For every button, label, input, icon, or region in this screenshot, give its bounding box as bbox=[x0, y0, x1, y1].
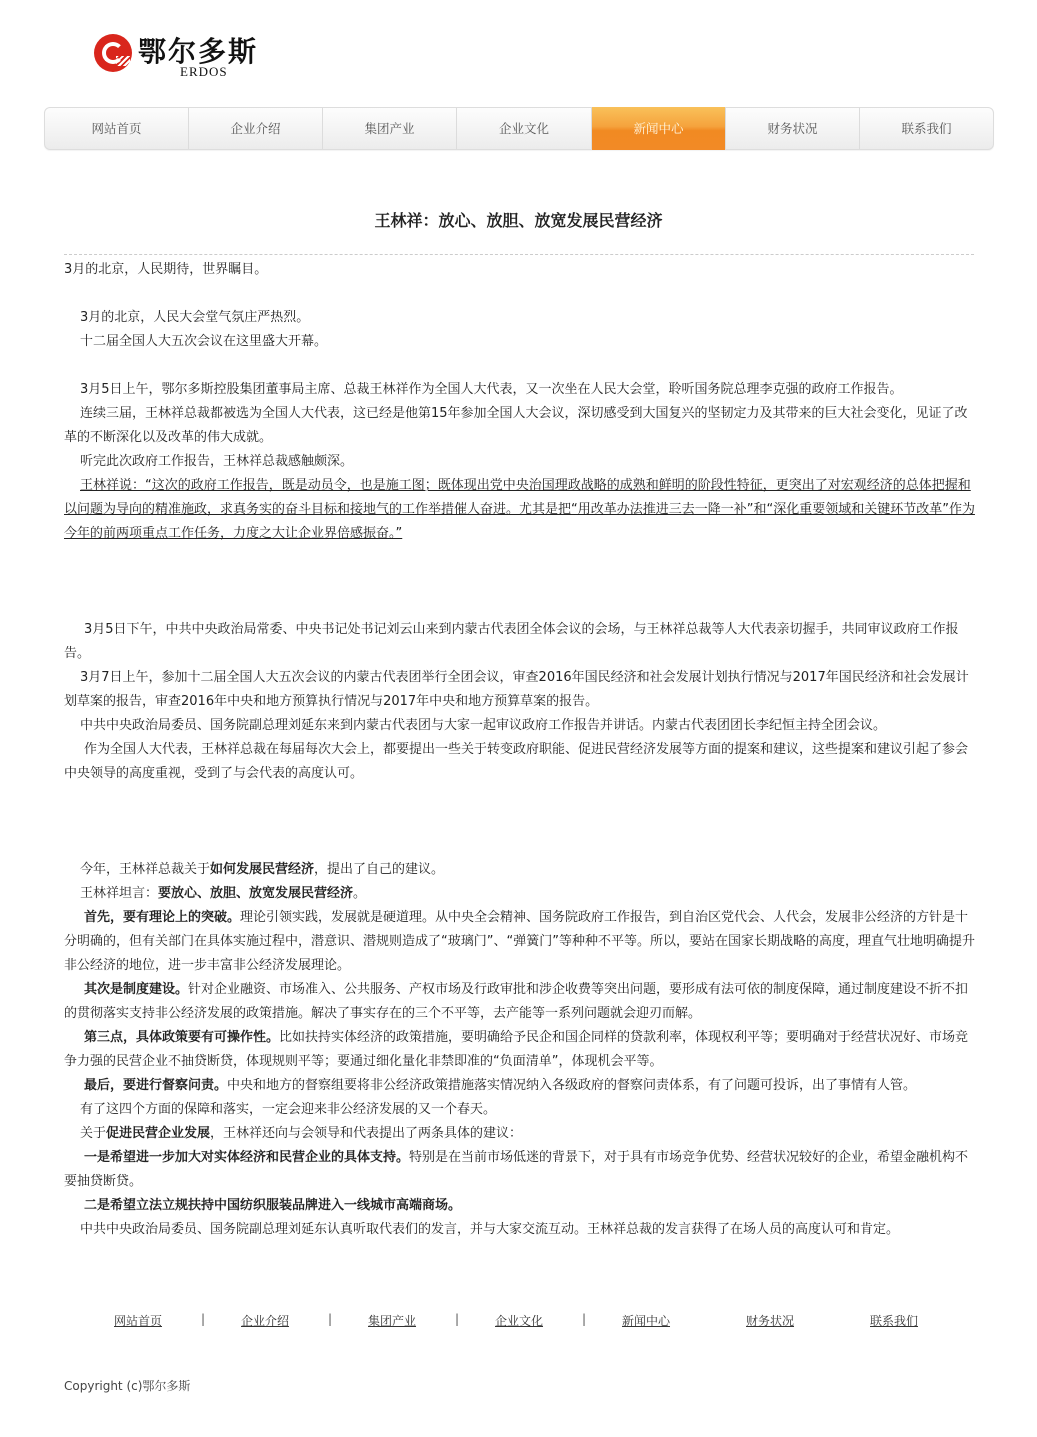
paragraph: 3月7日上午，参加十二届全国人大五次会议的内蒙古代表团举行全团会议，审查2016… bbox=[64, 666, 976, 714]
spacer bbox=[64, 786, 976, 810]
paragraph: 一是希望进一步加大对实体经济和民营企业的具体支持。特别是在当前市场低迷的背景下，… bbox=[64, 1146, 976, 1194]
article-title: 王林祥：放心、放胆、放宽发展民营经济 bbox=[0, 208, 1037, 231]
footer-link-contact-us[interactable]: 联系我们 bbox=[870, 1312, 918, 1329]
footer-separator: | bbox=[328, 1312, 332, 1326]
paragraph: 有了这四个方面的保障和落实，一定会迎来非公经济发展的又一个春天。 bbox=[64, 1098, 976, 1122]
paragraph: 中共中央政治局委员、国务院副总理刘延东来到内蒙古代表团与大家一起审议政府工作报告… bbox=[64, 714, 976, 738]
paragraph: 关于促进民营企业发展，王林祥还向与会领导和代表提出了两条具体的建议： bbox=[64, 1122, 976, 1146]
erdos-logo-icon bbox=[94, 34, 132, 72]
footer-link-group-industry[interactable]: 集团产业 bbox=[368, 1312, 416, 1329]
paragraph: 第三点，具体政策要有可操作性。比如扶持实体经济的政策措施，要明确给予民企和国企同… bbox=[64, 1026, 976, 1074]
copyright-text: Copyright (c)鄂尔多斯 bbox=[64, 1377, 190, 1394]
spacer bbox=[64, 810, 976, 834]
nav-item-contact-us[interactable]: 联系我们 bbox=[860, 108, 993, 149]
paragraph: 王林祥坦言：要放心、放胆、放宽发展民营经济。 bbox=[64, 882, 976, 906]
paragraph: 连续三届，王林祥总裁都被选为全国人大代表，这已经是他第15年参加全国人大会议，深… bbox=[64, 402, 976, 450]
article-body: 3月的北京，人民期待，世界瞩目。 3月的北京，人民大会堂气氛庄严热烈。 十二届全… bbox=[64, 258, 976, 1242]
nav-item-group-industry[interactable]: 集团产业 bbox=[323, 108, 457, 149]
logo-english-name: ERDOS bbox=[180, 64, 228, 80]
paragraph: 其次是制度建设。针对企业融资、市场准入、公共服务、产权市场及行政审批和涉企收费等… bbox=[64, 978, 976, 1026]
paragraph: 3月5日下午，中共中央政治局常委、中央书记处书记刘云山来到内蒙古代表团全体会议的… bbox=[64, 618, 976, 666]
footer-link-home[interactable]: 网站首页 bbox=[114, 1312, 162, 1329]
nav-item-news-center[interactable]: 新闻中心 bbox=[592, 107, 726, 150]
paragraph: 3月的北京，人民期待，世界瞩目。 bbox=[64, 258, 976, 282]
paragraph: 最后，要进行督察问责。中央和地方的督察组要将非公经济政策措施落实情况纳入各级政府… bbox=[64, 1074, 976, 1098]
emphasis: 最后，要进行督察问责。 bbox=[84, 1078, 227, 1093]
nav-item-corporate-culture[interactable]: 企业文化 bbox=[457, 108, 592, 149]
paragraph: 3月5日上午，鄂尔多斯控股集团董事局主席、总裁王林祥作为全国人大代表，又一次坐在… bbox=[64, 378, 976, 402]
footer-nav: 网站首页 | 企业介绍 | 集团产业 | 企业文化 | 新闻中心 财务状况 联系… bbox=[0, 1312, 1037, 1332]
emphasis: 首先，要有理论上的突破。 bbox=[84, 910, 240, 925]
nav-item-financial-status[interactable]: 财务状况 bbox=[726, 108, 860, 149]
spacer bbox=[64, 570, 976, 594]
paragraph: 二是希望立法立规扶持中国纺织服装品牌进入一线城市高端商场。 bbox=[64, 1194, 976, 1218]
emphasis: 二是希望立法立规扶持中国纺织服装品牌进入一线城市高端商场。 bbox=[84, 1198, 461, 1213]
emphasis: 第三点，具体政策要有可操作性。 bbox=[84, 1030, 279, 1045]
emphasis: 其次是制度建设。 bbox=[84, 982, 188, 997]
footer-separator: | bbox=[582, 1312, 586, 1326]
paragraph: 作为全国人大代表，王林祥总裁在每届每次大会上，都要提出一些关于转变政府职能、促进… bbox=[64, 738, 976, 786]
spacer bbox=[64, 282, 976, 306]
emphasis: 要放心、放胆、放宽发展民营经济 bbox=[158, 886, 353, 901]
emphasis: 一是希望进一步加大对实体经济和民营企业的具体支持。 bbox=[84, 1150, 409, 1165]
emphasis: 如何发展民营经济 bbox=[210, 862, 314, 877]
paragraph: 3月的北京，人民大会堂气氛庄严热烈。 bbox=[64, 306, 976, 330]
paragraph: 首先，要有理论上的突破。理论引领实践，发展就是硬道理。从中央全会精神、国务院政府… bbox=[64, 906, 976, 978]
footer-link-financial-status[interactable]: 财务状况 bbox=[746, 1312, 794, 1329]
title-divider bbox=[64, 254, 974, 255]
paragraph: 今年，王林祥总裁关于如何发展民营经济，提出了自己的建议。 bbox=[64, 858, 976, 882]
nav-item-company-intro[interactable]: 企业介绍 bbox=[189, 108, 323, 149]
paragraph: 听完此次政府工作报告，王林祥总裁感触颇深。 bbox=[64, 450, 976, 474]
nav-item-home[interactable]: 网站首页 bbox=[45, 108, 189, 149]
footer-separator: | bbox=[455, 1312, 459, 1326]
footer-separator: | bbox=[201, 1312, 205, 1326]
spacer bbox=[64, 594, 976, 618]
spacer bbox=[64, 546, 976, 570]
spacer bbox=[64, 354, 976, 378]
emphasis: 促进民营企业发展 bbox=[106, 1126, 210, 1141]
site-logo[interactable]: 鄂尔多斯 ERDOS bbox=[94, 30, 244, 80]
footer-link-corporate-culture[interactable]: 企业文化 bbox=[495, 1312, 543, 1329]
paragraph: 十二届全国人大五次会议在这里盛大开幕。 bbox=[64, 330, 976, 354]
quote-paragraph: 王林祥说：“这次的政府工作报告，既是动员令，也是施工图；既体现出党中央治国理政战… bbox=[64, 474, 976, 546]
footer-link-news-center[interactable]: 新闻中心 bbox=[622, 1312, 670, 1329]
main-nav: 网站首页 企业介绍 集团产业 企业文化 新闻中心 财务状况 联系我们 bbox=[44, 107, 994, 150]
footer-link-company-intro[interactable]: 企业介绍 bbox=[241, 1312, 289, 1329]
paragraph: 中共中央政治局委员、国务院副总理刘延东认真听取代表们的发言，并与大家交流互动。王… bbox=[64, 1218, 976, 1242]
spacer bbox=[64, 834, 976, 858]
